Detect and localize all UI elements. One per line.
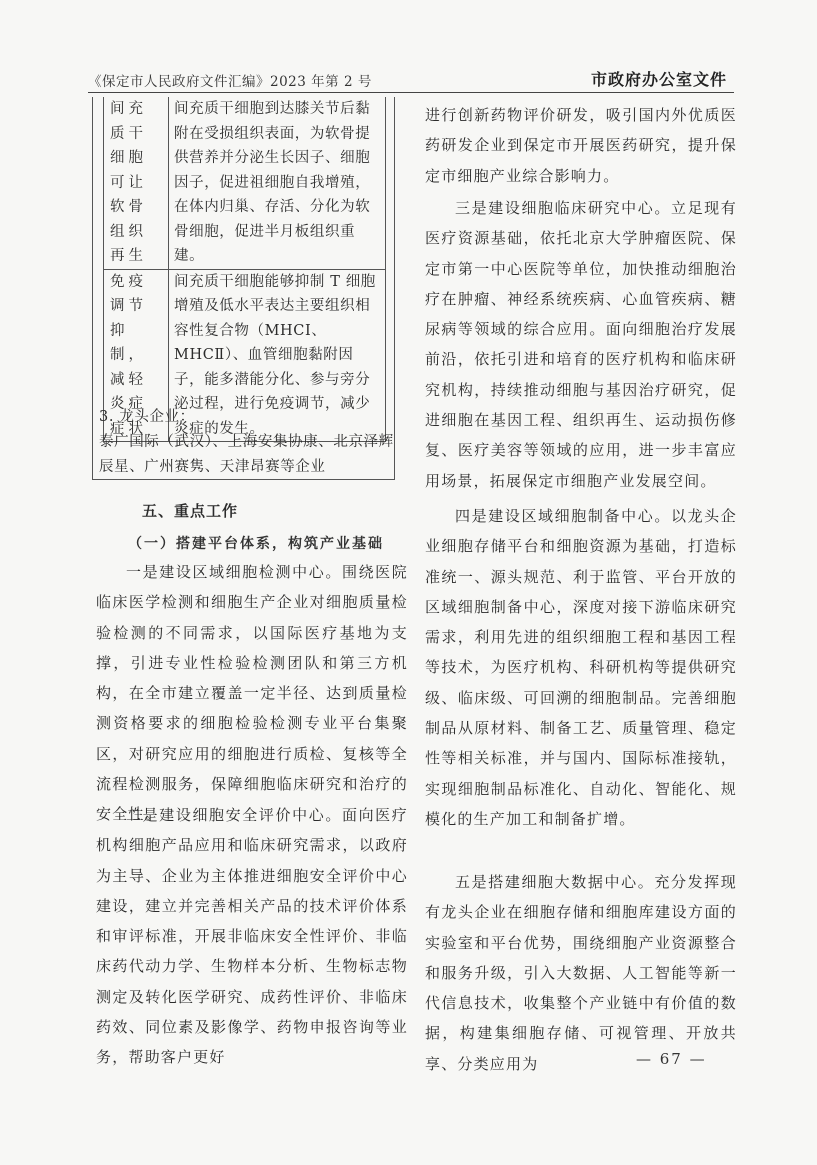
paragraph-safety-evaluation-continued: 进行创新药物评价研发，吸引国内外优质医药研发企业到保定市开展医药研究，提升保定市… — [425, 100, 737, 191]
mechanism-table: 间充质干细胞可让软骨组织再生 间充质干细胞到达膝关节后黏附在受损组织表面，为软骨… — [103, 97, 386, 442]
running-header-publication: 《保定市人民政府文件汇编》2023 年第 2 号 — [88, 70, 372, 90]
running-header-office: 市政府办公室文件 — [591, 67, 727, 90]
paragraph-safety-evaluation: 二是建设细胞安全评价中心。面向医疗机构细胞产品应用和临床研究需求，以政府为主导、… — [96, 800, 408, 1073]
table-row: 间充质干细胞可让软骨组织再生 间充质干细胞到达膝关节后黏附在受损组织表面，为软骨… — [104, 97, 386, 269]
paragraph-block: 四是建设区域细胞制备中心。以龙头企业细胞存储平台和细胞资源为基础，打造标准统一、… — [425, 501, 737, 834]
table-cell-label: 间充质干细胞可让软骨组织再生 — [104, 97, 169, 269]
paragraph-block: 二是建设细胞安全评价中心。面向医疗机构细胞产品应用和临床研究需求，以政府为主导、… — [96, 800, 408, 1073]
paragraph-clinical-research: 三是建设细胞临床研究中心。立足现有医疗资源基础，依托北京大学肿瘤医院、保定市第一… — [425, 193, 737, 496]
paragraph-block: 进行创新药物评价研发，吸引国内外优质医药研发企业到保定市开展医药研究，提升保定市… — [425, 100, 737, 191]
paragraph-big-data: 五是搭建细胞大数据中心。充分发挥现有龙头企业在细胞存储和细胞库建设方面的实验室和… — [425, 867, 737, 1079]
paragraph-testing-center: 一是建设区域细胞检测中心。围绕医院临床医学检测和细胞生产企业对细胞质量检验检测的… — [96, 557, 408, 830]
paragraph-block: 三是建设细胞临床研究中心。立足现有医疗资源基础，依托北京大学肿瘤医院、保定市第一… — [425, 193, 737, 496]
page-number: — 67 — — [636, 1050, 707, 1068]
subsection-title: （一）搭建平台体系，构筑产业基础 — [128, 533, 384, 553]
document-page: 《保定市人民政府文件汇编》2023 年第 2 号 市政府办公室文件 间充质干细胞… — [0, 0, 817, 1165]
header-rule — [88, 92, 734, 93]
leading-enterprises-block: 3. 龙头企业： 泰广国际（武汉）、上海安集协康、北京泽辉辰星、广州赛隽、天津昂… — [99, 405, 399, 480]
table-cell-text: 间充质干细胞到达膝关节后黏附在受损组织表面，为软骨提供营养并分泌生长因子、细胞因… — [169, 97, 386, 269]
paragraph-block: 五是搭建细胞大数据中心。充分发挥现有龙头企业在细胞存储和细胞库建设方面的实验室和… — [425, 867, 737, 1079]
leading-enterprises-text: 泰广国际（武汉）、上海安集协康、北京泽辉辰星、广州赛隽、天津昂赛等企业 — [99, 430, 399, 480]
paragraph-block: 一是建设区域细胞检测中心。围绕医院临床医学检测和细胞生产企业对细胞质量检验检测的… — [96, 557, 408, 830]
section-title: 五、重点工作 — [142, 500, 238, 521]
paragraph-cell-preparation: 四是建设区域细胞制备中心。以龙头企业细胞存储平台和细胞资源为基础，打造标准统一、… — [425, 501, 737, 834]
leading-enterprises-label: 3. 龙头企业： — [99, 405, 399, 430]
